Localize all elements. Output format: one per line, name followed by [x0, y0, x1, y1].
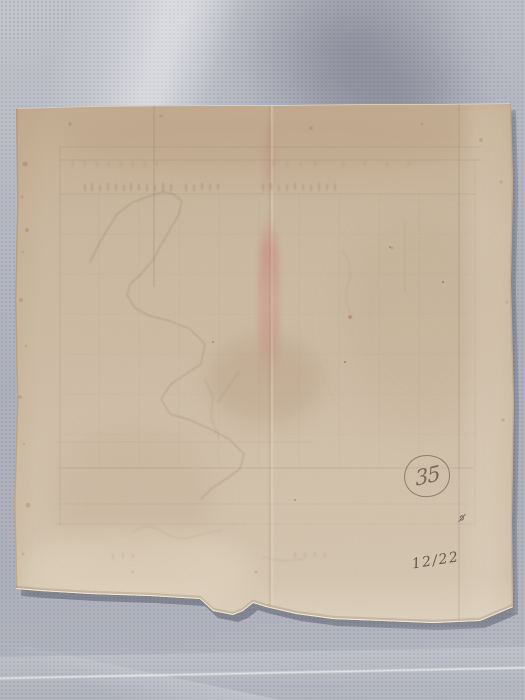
- map-verso-paper: 35 12/22: [13, 102, 514, 625]
- photo-scene: 35 12/22: [0, 0, 525, 700]
- circled-number-value: 35: [414, 463, 440, 490]
- paper-grain-texture: [13, 102, 514, 625]
- ghost-printthrough-graphic: [13, 102, 514, 625]
